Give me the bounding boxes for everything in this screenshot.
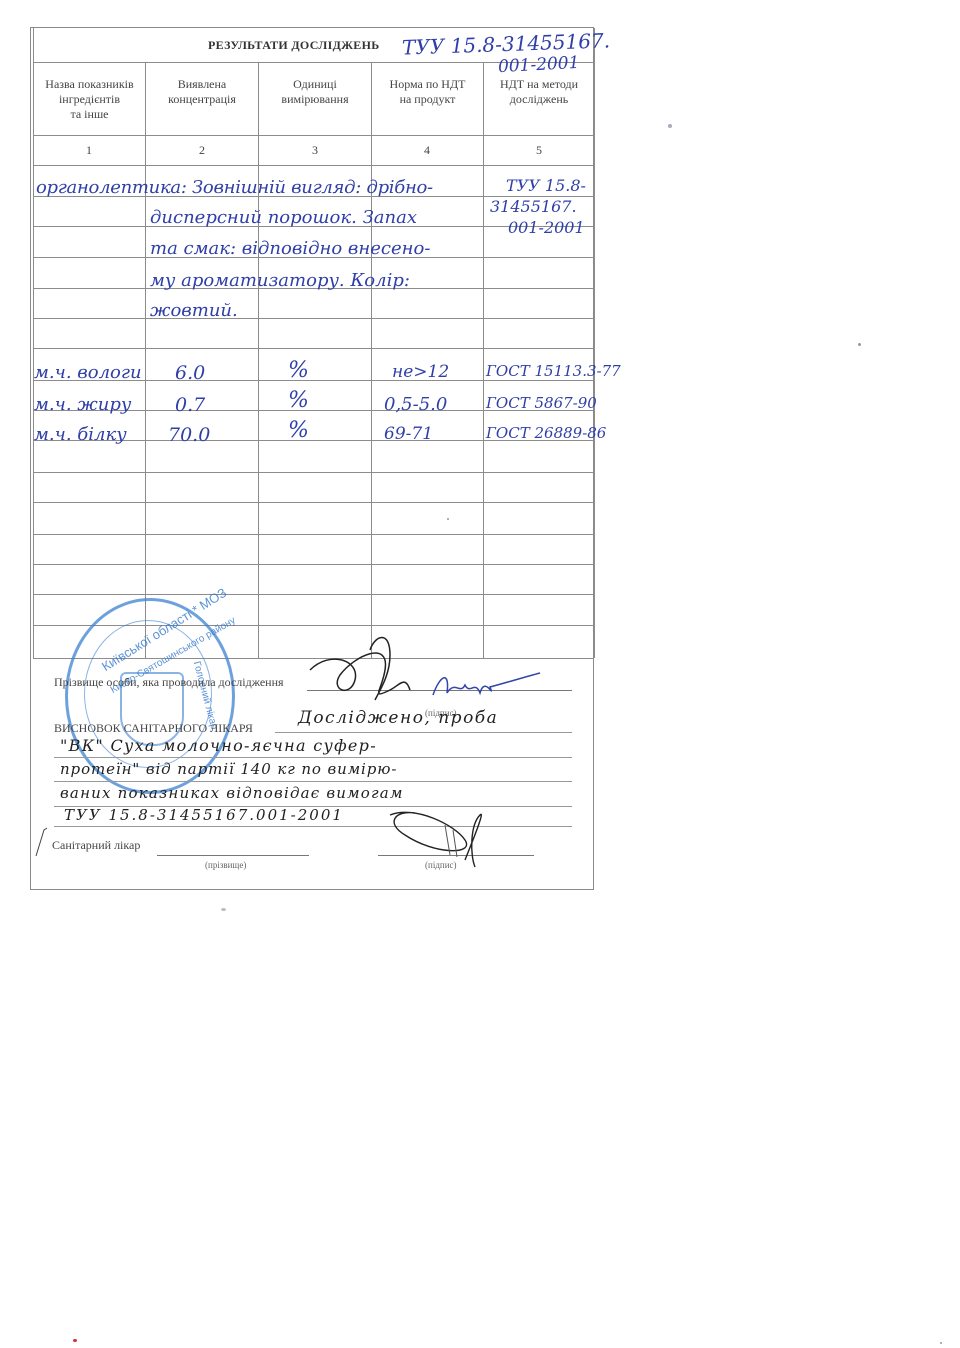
row-norm: не>12: [392, 362, 449, 382]
header-line: Одиниці: [259, 77, 371, 92]
table-line: [371, 62, 372, 658]
header-line: концентрація: [146, 92, 258, 107]
column-number-4: 4: [417, 143, 437, 158]
row-unit: %: [288, 388, 309, 413]
conclusion-line: [54, 757, 572, 758]
header-line: та інше: [34, 107, 145, 122]
column-header-4: Норма по НДТ на продукт: [372, 77, 483, 107]
table-title: РЕЗУЛЬТАТИ ДОСЛІДЖЕНЬ: [208, 38, 379, 53]
surname-line: [157, 855, 309, 856]
organoleptic-line: дисперсний порошок. Запах: [150, 207, 417, 228]
conclusion-text-line: "ВК" Суха молочно-яєчна суфер-: [60, 736, 377, 755]
row-norm: 69-71: [384, 424, 433, 444]
doctor-signature: [375, 805, 495, 875]
scan-speck: [221, 908, 226, 911]
scan-speck: [73, 1339, 77, 1342]
organoleptic-line: му ароматизатору. Колір:: [150, 270, 410, 291]
column-number-5: 5: [529, 143, 549, 158]
sanitary-doctor-label: Санітарний лікар: [52, 838, 140, 853]
conclusion-text-line: ТУУ 15.8-31455167.001-2001: [64, 806, 344, 824]
scan-speck: [668, 124, 672, 128]
scan-speck: [447, 518, 449, 520]
row-method: ГОСТ 15113.3-77: [486, 362, 621, 380]
row-method: ГОСТ 26889-86: [486, 424, 606, 442]
column-header-2: Виявлена концентрація: [146, 77, 258, 107]
surname-caption: (прізвище): [205, 860, 246, 870]
column-number-3: 3: [305, 143, 325, 158]
row-value: 0.7: [175, 394, 205, 416]
conclusion-label: ВИСНОВОК САНІТАРНОГО ЛІКАРЯ: [54, 721, 253, 736]
row-name: м.ч. білку: [34, 424, 127, 445]
scan-speck: [940, 1342, 942, 1344]
table-line: [33, 564, 594, 565]
column-number-2: 2: [192, 143, 212, 158]
header-line: Виявлена: [146, 77, 258, 92]
row-name: м.ч. жиру: [34, 394, 131, 415]
header-line: Норма по НДТ: [372, 77, 483, 92]
conclusion-line: [275, 732, 572, 733]
table-line: [33, 135, 594, 136]
header-line: на продукт: [372, 92, 483, 107]
scan-speck: [858, 343, 861, 346]
column-header-5: НДТ на методи досліджень: [484, 77, 594, 107]
table-line: [33, 165, 594, 166]
row-unit: %: [288, 358, 309, 383]
organoleptic-line: та смак: відповідно внесено-: [150, 238, 430, 259]
approver-signature: [425, 665, 545, 705]
row-norm: 0,5-5.0: [384, 394, 447, 415]
table-line: [145, 62, 146, 658]
researcher-label: Прізвище особи, яка проводила дослідженн…: [54, 675, 284, 690]
table-line: [33, 534, 594, 535]
researcher-signature: [300, 630, 420, 710]
organoleptic-line: жовтий.: [150, 300, 238, 321]
header-line: досліджень: [484, 92, 594, 107]
organoleptic-line: органолептика: Зовнішній вигляд: дрібно-: [36, 177, 433, 198]
conclusion-text-line: ваних показниках відповідає вимогам: [60, 784, 404, 802]
organoleptic-method: 001-2001: [508, 218, 585, 237]
conclusion-text-line: протеїн" від партії 140 кг по вимірю-: [60, 760, 397, 778]
organoleptic-method: 31455167.: [490, 197, 577, 216]
table-line: [33, 318, 594, 319]
organoleptic-method: ТУУ 15.8-: [506, 176, 586, 195]
table-line: [33, 594, 594, 595]
table-line: [258, 62, 259, 658]
table-line: [33, 28, 34, 658]
header-line: НДТ на методи: [484, 77, 594, 92]
handwritten-spec-line2: 001-2001: [498, 53, 580, 77]
row-unit: %: [288, 418, 309, 443]
row-value: 70.0: [168, 424, 210, 446]
column-header-1: Назва показників інгредієнтів та інше: [34, 77, 145, 122]
pen-mark: [34, 826, 48, 858]
conclusion-text-line: Досліджено, проба: [298, 708, 498, 728]
column-number-1: 1: [79, 143, 99, 158]
table-line: [483, 62, 484, 658]
column-header-3: Одиниці вимірювання: [259, 77, 371, 107]
table-line: [33, 348, 594, 349]
table-line: [594, 28, 595, 658]
conclusion-line: [54, 781, 572, 782]
header-line: Назва показників: [34, 77, 145, 92]
row-name: м.ч. вологи: [34, 362, 142, 383]
table-line: [33, 472, 594, 473]
header-line: інгредієнтів: [34, 92, 145, 107]
row-method: ГОСТ 5867-90: [486, 394, 597, 412]
header-line: вимірювання: [259, 92, 371, 107]
row-value: 6.0: [175, 362, 205, 384]
table-line: [33, 502, 594, 503]
